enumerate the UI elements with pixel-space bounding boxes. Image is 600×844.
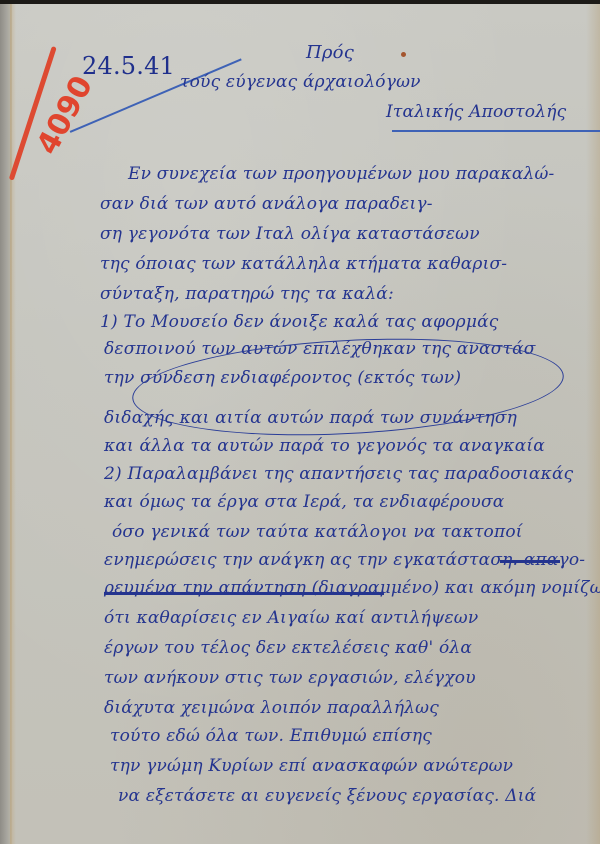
addressee-line-3: Ιταλικής Αποστολής <box>386 102 566 122</box>
body-line: όσο γενικά των ταύτα κατάλογοι να τακτοπ… <box>112 522 523 542</box>
body-line: και όμως τα έργα στα Ιερά, τα ενδιαφέρου… <box>104 492 504 512</box>
body-line: των ανήκουν στις των εργασιών, ελέγχου <box>104 668 476 688</box>
addressee-line-1: Πρός <box>306 42 354 63</box>
body-line: 1) Το Μουσείο δεν άνοιξε καλά τας αφορμά… <box>100 312 499 332</box>
body-line: σύνταξη, παρατηρώ της τα καλά: <box>100 284 394 304</box>
body-line: Εν συνεχεία των προηγουμένων μου παρακαλ… <box>128 164 555 184</box>
letter-date: 24.5.41 <box>82 52 175 80</box>
strikethrough <box>500 560 560 563</box>
body-line: διδαχής και αιτία αυτών παρά των συνάντη… <box>104 408 517 428</box>
body-line: έργων του τέλος δεν εκτελέσεις καθ' όλα <box>104 638 472 658</box>
body-line: διάχυτα χειμώνα λοιπόν παραλλήλως <box>104 698 439 718</box>
body-line: ρευμένα την απάντηση (διαγραμμένο) και α… <box>104 578 600 598</box>
body-line: και άλλα τα αυτών παρά το γεγονός τα ανα… <box>104 436 545 456</box>
body-line: 2) Παραλαμβάνει της απαντήσεις τας παραδ… <box>104 464 573 484</box>
body-line: να εξετάσετε αι ευγενείς ξένους εργασίας… <box>118 786 536 806</box>
body-line: τούτο εδώ όλα των. Επιθυμώ επίσης <box>110 726 432 746</box>
strikethrough <box>104 592 384 595</box>
paper-stain-left <box>10 4 16 844</box>
body-line: ση γεγονότα των Ιταλ ολίγα καταστάσεων <box>100 224 480 244</box>
body-line: ότι καθαρίσεις εν Αιγαίω καί αντιλήψεων <box>104 608 478 628</box>
addressee-underline <box>392 130 600 132</box>
scanned-letter-page: 4090 24.5.41 Πρός τούς εύγενας άρχαιολόγ… <box>0 4 600 844</box>
body-line: της όποιας των κατάλληλα κτήματα καθαρισ… <box>100 254 507 274</box>
body-line: σαν διά των αυτό ανάλογα παραδειγ- <box>100 194 433 214</box>
ink-spot <box>401 52 406 57</box>
addressee-line-2: τούς εύγενας άρχαιολόγων <box>180 72 421 92</box>
body-line: την γνώμη Κυρίων επί ανασκαφών ανώτερων <box>110 756 513 776</box>
